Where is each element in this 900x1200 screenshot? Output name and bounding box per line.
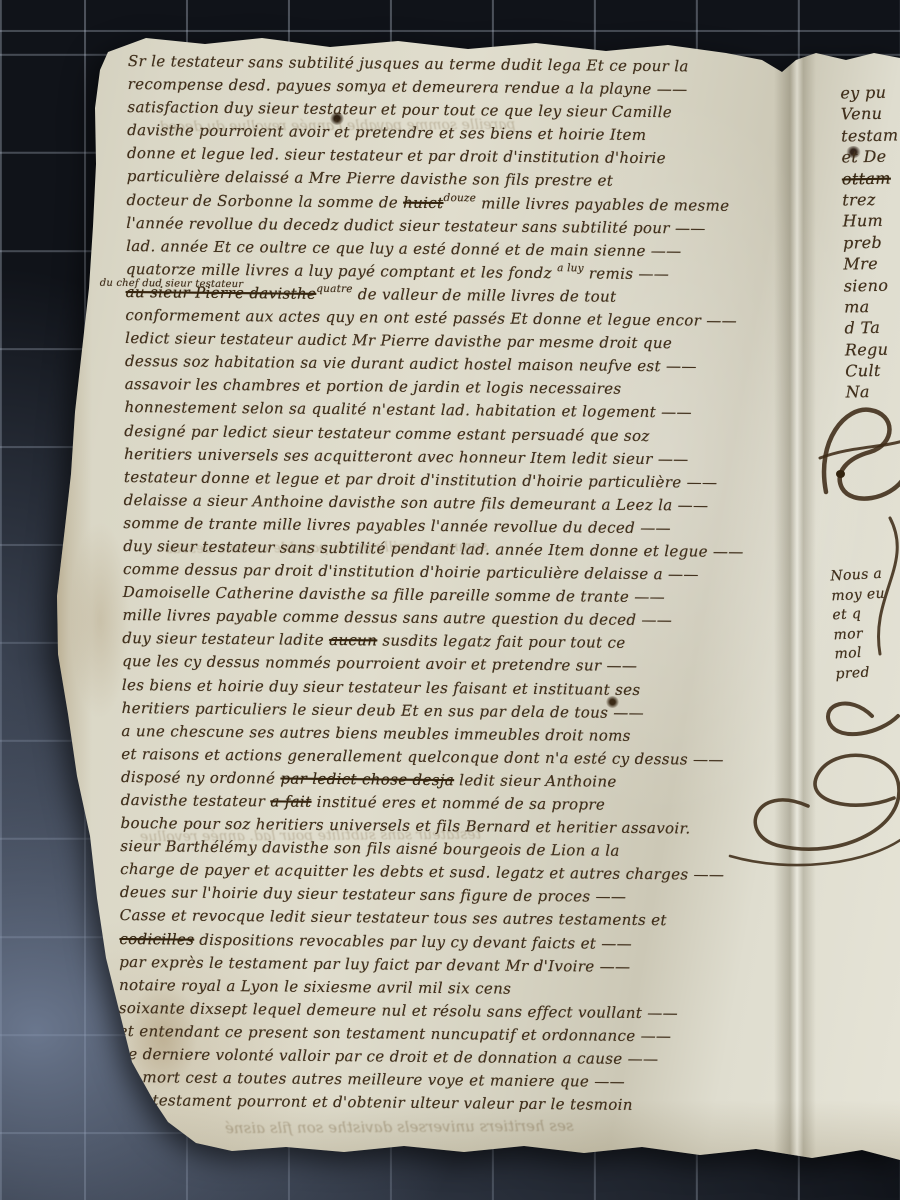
line-text: charge de payer et acquitter les debts e…: [120, 860, 724, 884]
line-text: satisfaction duy sieur testateur et pour…: [127, 98, 672, 121]
left-page-text: Sr le testateur sans subtilité jusques a…: [118, 50, 788, 1119]
line-text: les biens et hoirie duy sieur testateur …: [122, 676, 641, 699]
manuscript-line: Mre: [843, 253, 900, 275]
line-text: heritiers particuliers le sieur deub Et …: [122, 699, 645, 722]
line-text: sieur Barthélémy davisthe son fils aisné…: [120, 837, 620, 860]
line-text: davisthe testateur: [121, 791, 271, 810]
line-text: et raisons et actions generallement quel…: [121, 745, 724, 769]
line-text: testateur donne et legue et par droit d'…: [124, 468, 718, 492]
line-text: assavoir les chambres et portion de jard…: [125, 375, 622, 398]
manuscript-line: ey pu: [840, 82, 898, 104]
line-text: recompense desd. payues somya et demeure…: [128, 75, 688, 98]
struck-text: aucun: [329, 631, 377, 649]
signature-flourish-initial: [812, 396, 900, 516]
line-text: pred: [835, 665, 870, 683]
manuscript-line: et De: [841, 146, 899, 168]
struck-text: ottam: [842, 168, 891, 188]
line-text: Hum: [842, 211, 883, 231]
right-page-text-fragments: ey pu Venu testam et De ottam trez Hum p…: [840, 82, 900, 404]
ink-dot: [836, 470, 845, 478]
line-text: bon testament pourront et d'obtenir ulte…: [118, 1091, 633, 1114]
line-text: honnestement selon sa qualité n'estant l…: [124, 398, 692, 421]
ghost-line: ses heritiers universels davisthe son fi…: [225, 1117, 574, 1137]
photo-scene: somme de mille livres payable comme dess…: [0, 0, 900, 1200]
manuscript-line: Hum: [842, 210, 900, 232]
line-text: d Ta: [844, 318, 880, 338]
line-text: conformement aux actes quy en ont esté p…: [125, 306, 737, 330]
superscript-correction: douze: [443, 192, 476, 204]
line-text: ey pu: [840, 83, 886, 103]
line-text: somme de trante mille livres payables l'…: [123, 514, 671, 537]
manuscript-line: Venu: [841, 103, 899, 125]
manuscript-line: Regu: [845, 338, 900, 360]
line-text: lad. année Et ce oultre ce que luy a est…: [126, 237, 682, 260]
superscript-correction: a luy: [557, 262, 584, 274]
line-text: moy eu: [831, 585, 885, 604]
line-text: par exprès le testament par luy faict pa…: [119, 953, 630, 976]
line-text: susdits legatz fait pour tout ce: [377, 632, 625, 652]
line-text: trez: [842, 190, 876, 210]
struck-text: a fait: [270, 792, 311, 810]
line-text: et entendant ce present son testament nu…: [118, 1022, 671, 1045]
line-text: mille livres payable comme dessus sans a…: [122, 606, 672, 629]
line-text: Mre: [843, 254, 878, 274]
struck-text: huict: [403, 193, 443, 211]
line-text: dispositions revocables par luy cy devan…: [194, 930, 632, 952]
manuscript-paper: somme de mille livres payable comme dess…: [0, 0, 900, 1200]
ghost-line: conformement aux actes quy en ont esté p…: [0, 0, 340, 17]
line-text: delaisse a sieur Anthoine davisthe son a…: [124, 491, 709, 515]
line-text: ledit sieur Anthoine: [454, 771, 617, 791]
manuscript-line: testam: [841, 124, 899, 146]
line-text: docteur de Sorbonne la somme de: [126, 191, 403, 212]
struck-text: codicilles: [119, 930, 194, 949]
manuscript-line: Cult: [845, 360, 900, 382]
line-text: donne et legue led. sieur testateur et p…: [127, 144, 666, 167]
line-text: designé par ledict sieur testateur comme…: [124, 421, 650, 444]
line-text: heritiers universels ses acquitteront av…: [124, 445, 689, 468]
line-text: Regu: [845, 339, 889, 359]
manuscript-line: pred: [835, 663, 889, 685]
signature-grand-swirl: [712, 688, 900, 873]
line-text: dessus soz habitation sa vie durant audi…: [125, 352, 697, 375]
line-text: particulière delaissé a Mre Pierre davis…: [127, 167, 614, 190]
line-text: et q: [832, 606, 862, 623]
line-text: davisthe pourroient avoir et pretendre e…: [127, 121, 646, 144]
line-text: de mort cest a toutes autres meilleure v…: [118, 1068, 625, 1091]
line-text: institué eres et nommé de sa propre: [311, 793, 605, 814]
line-text: Venu: [841, 104, 883, 124]
line-text: mol: [834, 645, 862, 662]
manuscript-paper-wrap: somme de mille livres payable comme dess…: [0, 0, 900, 1200]
manuscript-line: ottam: [842, 167, 900, 189]
interlinear-note: du chef dud sieur testateur: [100, 272, 244, 296]
manuscript-line: sieno: [844, 274, 900, 296]
line-text: et De: [841, 147, 886, 167]
line-text: Cult: [845, 361, 881, 381]
manuscript-line: ma: [844, 295, 900, 317]
line-text: disposé ny ordonné: [121, 768, 281, 788]
manuscript-line: trez: [842, 188, 900, 210]
line-text: l'année revollue du decedz dudict sieur …: [126, 214, 706, 238]
right-page-attestation: Nous a moy eu et q mor mol pred: [830, 565, 890, 685]
line-text: preb: [843, 233, 882, 253]
line-text: remis ——: [584, 264, 670, 283]
line-text: testam: [841, 125, 899, 145]
line-text: ledict sieur testateur audict Mr Pierre …: [125, 329, 672, 352]
manuscript-line: d Ta: [844, 317, 900, 339]
line-text: de valleur de mille livres de tout: [353, 285, 617, 306]
line-text: notaire royal a Lyon le sixiesme avril m…: [119, 976, 511, 998]
line-text: Casse et revocque ledit sieur testateur …: [120, 906, 667, 929]
superscript-correction: quatre: [316, 283, 353, 295]
line-text: mor: [833, 626, 863, 644]
struck-text: par ledict chose desja: [280, 769, 454, 789]
line-text: ma: [844, 297, 870, 316]
line-text: sieno: [844, 275, 889, 295]
manuscript-line: preb: [843, 231, 900, 253]
line-text: de derniere volonté valloir par ce droit…: [118, 1045, 658, 1068]
line-text: mille livres payables de mesme: [476, 194, 729, 214]
line-text: bouche pour soz heritiers universels et …: [120, 814, 690, 837]
line-text: duy sieur testateur ladite: [122, 629, 329, 649]
line-text: Damoiselle Catherine davisthe sa fille p…: [123, 583, 665, 606]
line-text: comme dessus par droit d'institution d'h…: [123, 560, 699, 584]
line-text: que les cy dessus nommés pourroient avoi…: [122, 652, 637, 675]
line-text: Sr le testateur sans subtilité jusques a…: [128, 52, 689, 75]
line-text: Nous a: [830, 566, 883, 585]
line-text: duy sieur testateur sans subtilité penda…: [123, 537, 744, 561]
line-text: a une chescune ses autres biens meubles …: [121, 722, 630, 745]
line-text: soixante dixsept lequel demeure nul et r…: [119, 999, 678, 1022]
line-text: deues sur l'hoirie duy sieur testateur s…: [120, 883, 627, 906]
